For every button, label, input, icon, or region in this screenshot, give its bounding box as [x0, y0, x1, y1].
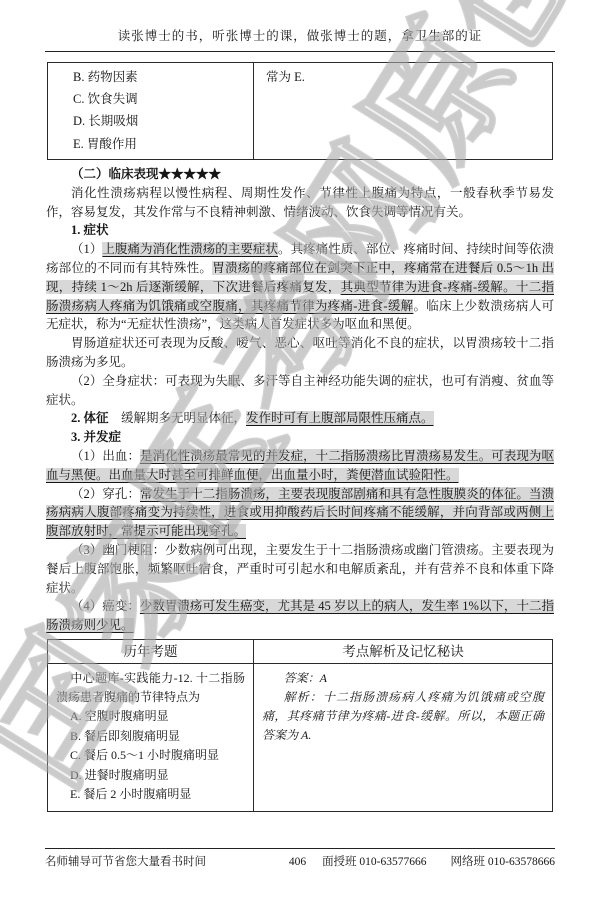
paragraph: （3）幽门梗阻：少数病例可出现，主要发生于十二指肠溃疡或幽门管溃疡。主要表现为餐… — [46, 541, 554, 597]
question-option-list: A. 空腹时腹痛明显B. 餐后即刻腹痛明显C. 餐后 0.5～1 小时腹痛明显D… — [56, 707, 245, 805]
text-run: （二）临床表现★★★★★ — [71, 167, 221, 181]
text-run: 3. 并发症 — [71, 430, 121, 444]
answer-note-cell: 常为 E. — [254, 62, 553, 159]
option-item: D. 长期吸烟 — [48, 110, 253, 132]
text-run: （2）全身症状：可表现为失眠、多汗等自主神经功能失调的症状，也可有消瘦、贫血等症… — [46, 374, 554, 407]
clinical-manifestations-section: （二）临床表现★★★★★消化性溃疡病程以慢性病程、周期性发作、节律性上腹痛为特点… — [46, 165, 554, 635]
contact-phone-online: 网络班 010-63578666 — [451, 853, 555, 872]
paragraph: （2）全身症状：可表现为失眠、多汗等自主神经功能失调的症状，也可有消瘦、贫血等症… — [46, 372, 554, 410]
question-option-item: B. 餐后即刻腹痛明显 — [56, 727, 245, 747]
paragraph: （1）上腹痛为消化性溃疡的主要症状。其疼痛性质、部位、疼痛时间、持续时间等依溃疡… — [46, 240, 554, 334]
section-heading: （二）临床表现★★★★★ — [46, 165, 554, 184]
exam-question-cell: 中心题库-实践能力-12. 十二指肠溃疡患者腹痛的节律特点为 A. 空腹时腹痛明… — [48, 663, 254, 811]
question-stem: 中心题库-实践能力-12. 十二指肠溃疡患者腹痛的节律特点为 — [56, 669, 245, 707]
text-run: （1） — [71, 242, 102, 256]
explanation-text: 解析：十二指肠溃疡病人疼痛为饥饿痛或空腹痛，其疼痛节律为疼痛-进食-缓解。所以，… — [262, 688, 544, 745]
paragraph: 3. 并发症 — [46, 428, 554, 447]
text-run: 2. 体征 — [71, 411, 109, 425]
paragraph: （2）穿孔：常发生于十二指肠溃疡，主要表现腹部剧痛和具有急性腹膜炎的体征。当溃疡… — [46, 485, 554, 541]
paragraph: （1）出血：是消化性溃疡最常见的并发症，十二指肠溃疡比胃溃疡易发生。可表现为呕血… — [46, 447, 554, 485]
paragraph: 1. 症状 — [46, 221, 554, 240]
exam-review-table: 历年考题 考点解析及记忆秘诀 中心题库-实践能力-12. 十二指肠溃疡患者腹痛的… — [47, 639, 553, 812]
past-exam-questions-header: 历年考题 — [48, 639, 254, 663]
page-number: 406 — [289, 853, 306, 872]
paragraph: 胃肠道症状还可表现为反酸、嗳气、恶心、呕吐等消化不良的症状，以胃溃疡较十二指肠溃… — [46, 334, 554, 372]
contact-phone-onsite: 面授班 010-63577666 — [322, 853, 426, 872]
text-run: 1. 症状 — [71, 223, 109, 237]
header-rule — [45, 51, 555, 52]
footer-tip: 名师辅导可节省您大量看书时间 — [45, 853, 206, 872]
table-body-row: 中心题库-实践能力-12. 十二指肠溃疡患者腹痛的节律特点为 A. 空腹时腹痛明… — [48, 663, 553, 811]
page-footer: 名师辅导可节省您大量看书时间 406 面授班 010-63577666 网络班 … — [45, 848, 555, 872]
question-options-cell: B. 药物因素C. 饮食失调D. 长期吸烟E. 胃酸作用 — [48, 62, 254, 159]
text-run: 消化性溃疡病程以慢性病程、周期性发作、节律性上腹痛为特点，一般春秋季节易发作，容… — [46, 186, 554, 219]
question-option-item: C. 餐后 0.5～1 小时腹痛明显 — [56, 746, 245, 766]
option-item: C. 饮食失调 — [48, 88, 253, 110]
text-run: （2）穿孔： — [71, 487, 140, 501]
table-header-row: 历年考题 考点解析及记忆秘诀 — [48, 639, 553, 663]
key-point-text: 发作时可有上腹部局限性压痛点。 — [246, 411, 434, 425]
scanned-document-page: 读张博士的书，听张博士的课，做张博士的题，拿卫生部的证 B. 药物因素C. 饮食… — [0, 0, 600, 872]
text-run: 胃肠道症状还可表现为反酸、嗳气、恶心、呕吐等消化不良的症状，以胃溃疡较十二指肠溃… — [46, 336, 554, 369]
answer-line: 答案：A — [262, 669, 544, 688]
text-run: （4）癌变： — [71, 599, 140, 613]
text-run: （3）幽门梗阻：少数病例可出现，主要发生于十二指肠溃疡或幽门管溃疡。主要表现为餐… — [46, 543, 554, 595]
question-option-item: E. 餐后 2 小时腹痛明显 — [56, 785, 245, 805]
paragraph: 消化性溃疡病程以慢性病程、周期性发作、节律性上腹痛为特点，一般春秋季节易发作，容… — [46, 184, 554, 222]
text-run: 缓解期多无明显体征， — [109, 411, 247, 425]
question-option-item: A. 空腹时腹痛明显 — [56, 707, 245, 727]
paragraph: 2. 体征 缓解期多无明显体征，发作时可有上腹部局限性压痛点。 — [46, 409, 554, 428]
answer-note: 常为 E. — [254, 66, 552, 88]
option-item: E. 胃酸作用 — [48, 133, 253, 155]
header-slogan: 读张博士的书，听张博士的课，做张博士的题，拿卫生部的证 — [45, 27, 555, 46]
answer-analysis-cell: 答案：A 解析：十二指肠溃疡病人疼痛为饥饿痛或空腹痛，其疼痛节律为疼痛-进食-缓… — [254, 663, 553, 811]
page-header: 读张博士的书，听张博士的课，做张博士的题，拿卫生部的证 — [45, 27, 555, 46]
continuation-options-table: B. 药物因素C. 饮食失调D. 长期吸烟E. 胃酸作用 常为 E. — [47, 62, 553, 160]
option-item: B. 药物因素 — [48, 66, 253, 88]
option-list: B. 药物因素C. 饮食失调D. 长期吸烟E. 胃酸作用 — [48, 66, 253, 155]
text-run: （1）出血： — [71, 449, 140, 463]
key-point-text: 上腹痛为消化性溃疡的主要症状 — [102, 242, 278, 256]
paragraph: （4）癌变：少数胃溃疡可发生癌变，尤其是 45 岁以上的病人，发生率 1%以下，… — [46, 597, 554, 635]
question-option-item: D. 进餐时腹痛明显 — [56, 766, 245, 786]
analysis-header: 考点解析及记忆秘诀 — [254, 639, 553, 663]
table-row: B. 药物因素C. 饮食失调D. 长期吸烟E. 胃酸作用 常为 E. — [48, 62, 553, 159]
